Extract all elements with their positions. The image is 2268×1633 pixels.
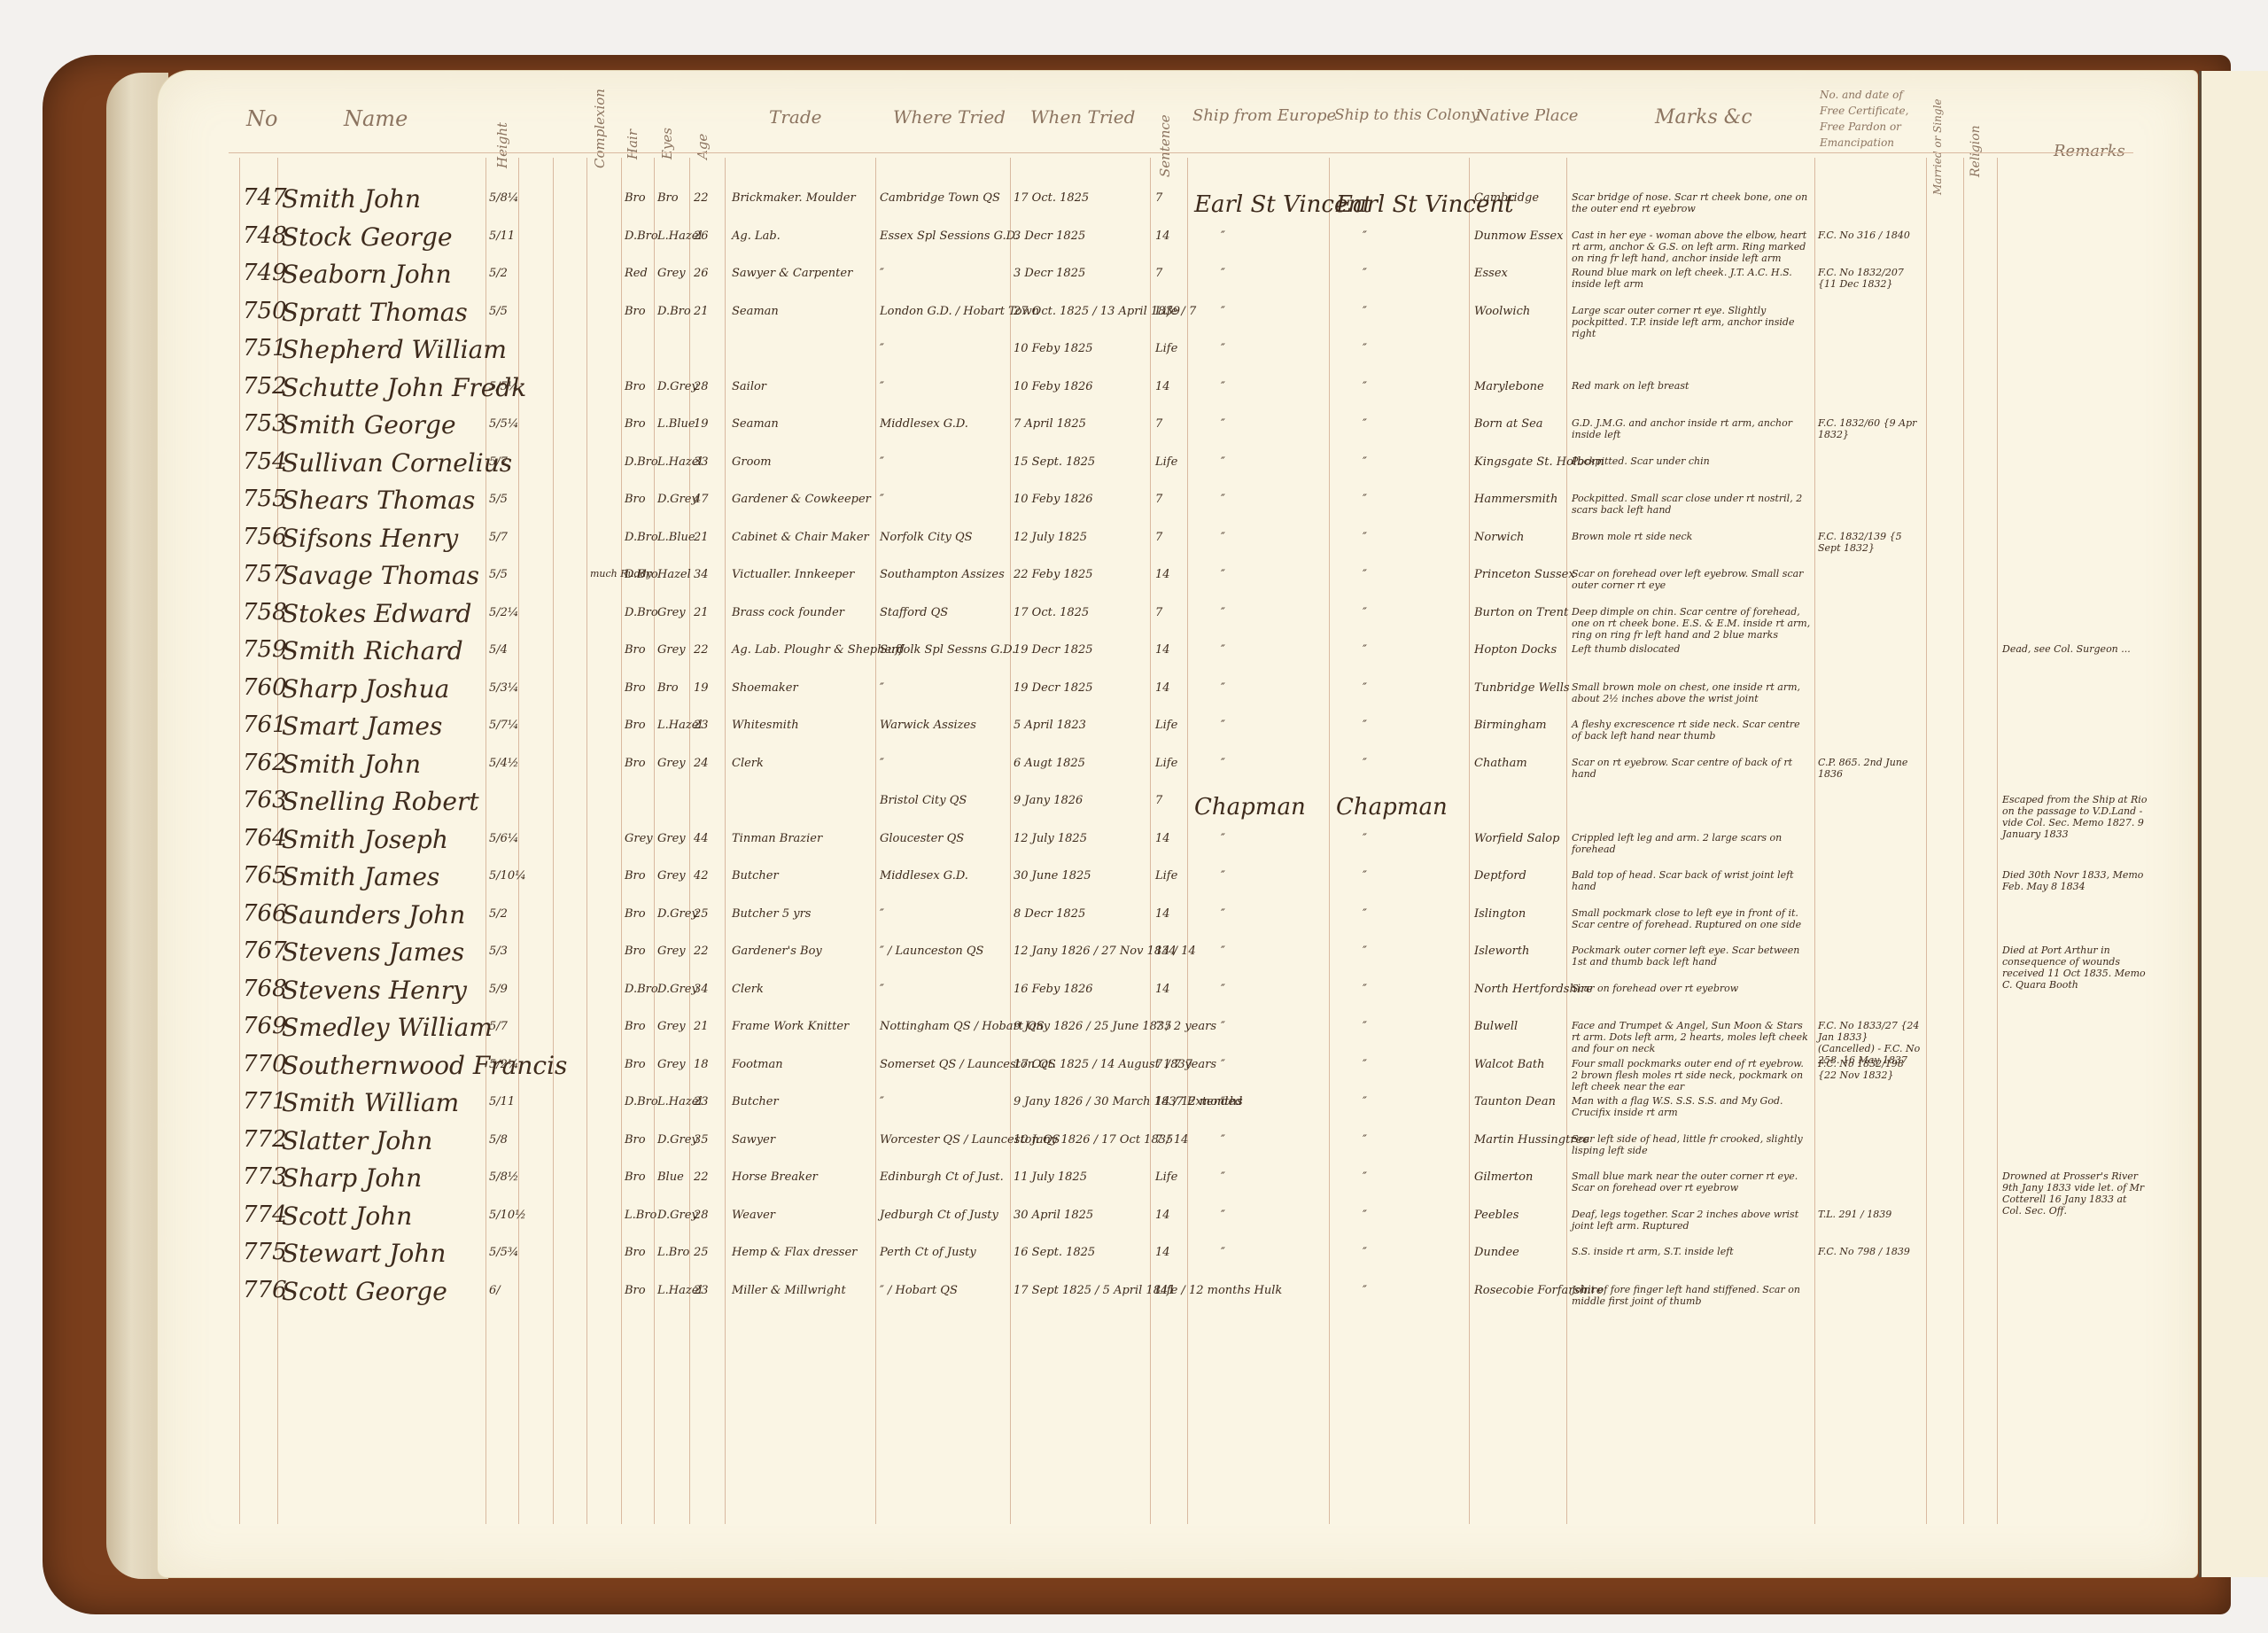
ship-to-colony: ″ (1363, 945, 1367, 958)
sentence: 14 / 12 months (1155, 1095, 1243, 1108)
hair-color: Bro (625, 1246, 646, 1259)
trade: Victualler. Innkeeper (732, 568, 854, 581)
when-tried: 11 July 1825 (1014, 1170, 1087, 1184)
age: 22 (694, 945, 709, 958)
ship-to-colony: ″ (1363, 229, 1367, 243)
when-tried: 22 Feby 1825 (1014, 568, 1093, 581)
hair-color: Bro (625, 681, 646, 695)
entry-number: 766 (243, 900, 287, 927)
distinguishing-marks: Round blue mark on left cheek. J.T. A.C.… (1572, 267, 1811, 290)
table-row: 766Saunders John5/2BroD.Grey25Butcher 5 … (158, 900, 2197, 937)
entry-number: 775 (243, 1239, 287, 1265)
hair-color: Bro (625, 1133, 646, 1147)
eye-color: Grey (657, 643, 686, 657)
convict-name: Smith John (282, 750, 421, 779)
distinguishing-marks: Scar bridge of nose. Scar rt cheek bone,… (1572, 191, 1811, 214)
distinguishing-marks: Pockmark outer corner left eye. Scar bet… (1572, 945, 1811, 968)
where-tried: Southampton Assizes (880, 568, 1005, 581)
ship-from-europe: ″ (1221, 305, 1225, 318)
trade: Shoemaker (732, 681, 798, 695)
trade: Clerk (732, 983, 764, 996)
ship-from-europe: ″ (1221, 719, 1225, 732)
ship-from-europe: ″ (1221, 1133, 1225, 1147)
trade: Weaver (732, 1209, 775, 1222)
entry-number: 757 (243, 561, 287, 587)
native-place: Dunmow Essex (1474, 229, 1563, 243)
sentence: 14 (1155, 681, 1170, 695)
table-row: 758Stokes Edward5/2¼D.BroGrey21Brass coc… (158, 599, 2197, 636)
convict-name: Savage Thomas (282, 561, 479, 590)
trade: Tinman Brazier (732, 832, 822, 845)
eye-color: D.Grey (657, 493, 698, 506)
entry-number: 763 (243, 787, 287, 813)
table-row: 765Smith James5/10¼BroGrey42ButcherMiddl… (158, 862, 2197, 899)
sentence: 7 (1155, 606, 1162, 619)
hair-color: D.Bro (625, 531, 658, 544)
hair-color: Bro (625, 1058, 646, 1071)
when-tried: 10 Feby 1825 (1014, 342, 1093, 355)
trade: Groom (732, 455, 772, 469)
trade: Butcher (732, 869, 779, 883)
header-complexion: Complexion (592, 89, 608, 168)
convict-name: Spratt Thomas (282, 298, 468, 327)
native-place: Princeton Sussex (1474, 568, 1575, 581)
native-place: Peebles (1474, 1209, 1518, 1222)
table-row: 750Spratt Thomas5/5BroD.Bro21SeamanLondo… (158, 298, 2197, 335)
sentence: 7 / 7 years (1155, 1058, 1216, 1071)
entry-number: 764 (243, 825, 287, 851)
remarks: Dead, see Col. Surgeon ... (2002, 643, 2148, 655)
entry-number: 773 (243, 1163, 287, 1190)
age: 26 (694, 229, 709, 243)
free-certificate: F.C. No 1832/198 {22 Nov 1832} (1818, 1058, 1924, 1081)
ship-to-colony: ″ (1363, 1058, 1367, 1071)
table-row: 759Smith Richard5/4BroGrey22Ag. Lab. Plo… (158, 636, 2197, 673)
age: 22 (694, 191, 709, 205)
table-row: 770Southernwood Francis5/2¼BroGrey18Foot… (158, 1051, 2197, 1088)
entry-number: 776 (243, 1277, 287, 1303)
table-row: 751Shepherd William″10 Feby 1825Life″″ (158, 335, 2197, 372)
distinguishing-marks: Scar on forehead over rt eyebrow (1572, 983, 1811, 994)
table-row: 771Smith William5/11D.BroL.Hazel23Butche… (158, 1088, 2197, 1125)
when-tried: 9 Jany 1826 (1014, 794, 1083, 807)
where-tried: ″ (880, 983, 884, 996)
height: 5/2 (489, 267, 508, 280)
table-row: 773Sharp John5/8½BroBlue22Horse BreakerE… (158, 1163, 2197, 1201)
header-sentence: Sentence (1157, 114, 1173, 177)
eye-color: Bro (657, 681, 679, 695)
distinguishing-marks: Man with a flag W.S. S.S. S.S. and My Go… (1572, 1095, 1811, 1118)
distinguishing-marks: Deaf, legs together. Scar 2 inches above… (1572, 1209, 1811, 1232)
trade: Ag. Lab. (732, 229, 781, 243)
header-ship-from-europe: Ship from Europe (1192, 106, 1336, 125)
header-age: Age (695, 134, 711, 159)
when-tried: 10 Jany 1826 / 17 Oct 1835 (1014, 1133, 1173, 1147)
convict-name: Sharp Joshua (282, 674, 449, 704)
hair-color: Grey (625, 832, 653, 845)
where-tried: ″ (880, 493, 884, 506)
when-tried: 10 Feby 1826 (1014, 493, 1093, 506)
convict-name: Smedley William (282, 1013, 493, 1042)
height: 5/3 (489, 945, 508, 958)
age: 35 (694, 1133, 709, 1147)
entry-number: 749 (243, 260, 287, 286)
hair-color: Red (625, 267, 648, 280)
trade: Horse Breaker (732, 1170, 818, 1184)
eye-color: L.Blue (657, 417, 695, 431)
sentence: 7 (1155, 417, 1162, 431)
trade: Seaman (732, 417, 779, 431)
eye-color: Grey (657, 1020, 686, 1033)
header-height: Height (494, 122, 510, 168)
sentence: 14 (1155, 568, 1170, 581)
table-row: 764Smith Joseph5/6¼GreyGrey44Tinman Braz… (158, 825, 2197, 862)
sentence: Life (1155, 455, 1177, 469)
entry-number: 761 (243, 712, 287, 738)
height: 5/5¼ (489, 380, 519, 393)
free-certificate: T.L. 291 / 1839 (1818, 1209, 1924, 1220)
trade: Sailor (732, 380, 766, 393)
when-tried: 10 Feby 1826 (1014, 380, 1093, 393)
entry-number: 758 (243, 599, 287, 626)
hair-color: D.Bro (625, 455, 658, 469)
trade: Seaman (732, 305, 779, 318)
convict-name: Southernwood Francis (282, 1051, 567, 1080)
header-marks: Marks &c (1655, 106, 1752, 128)
table-row: 774Scott John5/10½L.BroD.Grey28WeaverJed… (158, 1201, 2197, 1239)
ship-to-colony: ″ (1363, 342, 1367, 355)
height: 5/10½ (489, 1209, 526, 1222)
ship-to-colony: ″ (1363, 869, 1367, 883)
table-row: 748Stock George5/11D.BroL.Hazel26Ag. Lab… (158, 222, 2197, 260)
sentence: 14 (1155, 907, 1170, 921)
ship-from-europe: ″ (1221, 1020, 1225, 1033)
distinguishing-marks: Scar on rt eyebrow. Scar centre of back … (1572, 757, 1811, 780)
height: 5/10¼ (489, 869, 526, 883)
ship-to-colony: ″ (1363, 267, 1367, 280)
header-no: No (246, 106, 277, 131)
table-row: 772Slatter John5/8BroD.Grey35SawyerWorce… (158, 1126, 2197, 1163)
distinguishing-marks: A fleshy excrescence rt side neck. Scar … (1572, 719, 1811, 742)
table-row: 767Stevens James5/3BroGrey22Gardener's B… (158, 937, 2197, 975)
height: 5/7¼ (489, 719, 519, 732)
sentence: Life / 7 (1155, 305, 1196, 318)
hair-color: L.Bro (625, 1209, 656, 1222)
sentence: 14 (1155, 983, 1170, 996)
sentence: 14 (1155, 643, 1170, 657)
convict-name: Saunders John (282, 900, 465, 929)
hair-color: D.Bro (625, 568, 658, 581)
where-tried: Middlesex G.D. (880, 417, 968, 431)
ship-from-europe: ″ (1221, 1246, 1225, 1259)
distinguishing-marks: Large scar outer corner rt eye. Slightly… (1572, 305, 1811, 339)
hair-color: Bro (625, 719, 646, 732)
trade: Gardener & Cowkeeper (732, 493, 871, 506)
sentence: 7 (1155, 493, 1162, 506)
ship-to-colony: ″ (1363, 1133, 1367, 1147)
convict-name: Snelling Robert (282, 787, 479, 816)
eye-color: D.Grey (657, 1209, 698, 1222)
height: 5/8½ (489, 1170, 519, 1184)
facing-page-edge (2199, 71, 2268, 1577)
native-place: Tunbridge Wells (1474, 681, 1570, 695)
ship-from-europe: ″ (1221, 1209, 1225, 1222)
distinguishing-marks: Joint of fore finger left hand stiffened… (1572, 1284, 1811, 1307)
when-tried: 19 Decr 1825 (1014, 643, 1093, 657)
ship-to-colony: ″ (1363, 757, 1367, 770)
ship-to-colony: ″ (1363, 832, 1367, 845)
trade: Brickmaker. Moulder (732, 191, 856, 205)
ship-from-europe: ″ (1221, 1095, 1225, 1108)
ship-from-europe: ″ (1221, 832, 1225, 845)
sentence: 7 (1155, 794, 1162, 807)
ship-from-europe: ″ (1221, 1170, 1225, 1184)
hair-color: D.Bro (625, 1095, 658, 1108)
sentence: 7 (1155, 267, 1162, 280)
distinguishing-marks: Four small pockmarks outer end of rt eye… (1572, 1058, 1811, 1093)
distinguishing-marks: Small brown mole on chest, one inside rt… (1572, 681, 1811, 704)
sentence: 7 (1155, 531, 1162, 544)
table-row: 747Smith John5/8¼BroBro22Brickmaker. Mou… (158, 184, 2197, 222)
distinguishing-marks: Pockpitted. Scar under chin (1572, 455, 1811, 467)
where-tried: ″ / Launceston QS (880, 945, 983, 958)
native-place: Worfield Salop (1474, 832, 1559, 845)
age: 19 (694, 417, 709, 431)
native-place: Marylebone (1474, 380, 1544, 393)
height: 5/5¾ (489, 1246, 519, 1259)
when-tried: 12 July 1825 (1014, 832, 1087, 845)
height: 5/3¼ (489, 681, 519, 695)
height: 5/11 (489, 229, 515, 243)
ship-to-colony: ″ (1363, 1284, 1367, 1297)
when-tried: 12 July 1825 (1014, 531, 1087, 544)
height: 5/2¼ (489, 606, 519, 619)
ship-to-colony: ″ (1363, 1209, 1367, 1222)
sentence: Life (1155, 869, 1177, 883)
eye-color: D.Grey (657, 1133, 698, 1147)
age: 33 (694, 455, 709, 469)
header-religion: Religion (1969, 125, 1983, 177)
entry-number: 755 (243, 486, 287, 512)
entry-number: 771 (243, 1088, 287, 1115)
ship-from-europe: ″ (1221, 267, 1225, 280)
age: 23 (694, 1095, 709, 1108)
where-tried: ″ (880, 342, 884, 355)
free-certificate: F.C. No 1832/207 {11 Dec 1832} (1818, 267, 1924, 290)
ship-from-europe: ″ (1221, 757, 1225, 770)
age: 34 (694, 568, 709, 581)
height: 5/5 (489, 568, 508, 581)
where-tried: Warwick Assizes (880, 719, 976, 732)
distinguishing-marks: Face and Trumpet & Angel, Sun Moon & Sta… (1572, 1020, 1811, 1054)
convict-name: Smith William (282, 1088, 459, 1117)
height: 5/11 (489, 1095, 515, 1108)
eye-color: Blue (657, 1170, 684, 1184)
distinguishing-marks: Red mark on left breast (1572, 380, 1811, 392)
age: 23 (694, 719, 709, 732)
table-row: 753Smith George5/5¼BroL.Blue19SeamanMidd… (158, 410, 2197, 447)
height: 5/7 (489, 531, 508, 544)
ship-to-colony: ″ (1363, 1170, 1367, 1184)
ship-to-colony: ″ (1363, 531, 1367, 544)
table-row: 755Shears Thomas5/5BroD.Grey47Gardener &… (158, 486, 2197, 523)
native-place: Deptford (1474, 869, 1526, 883)
native-place: Taunton Dean (1474, 1095, 1556, 1108)
trade: Frame Work Knitter (732, 1020, 849, 1033)
trade: Ag. Lab. Ploughr & Shepherd (732, 643, 905, 657)
ship-to-colony: ″ (1363, 305, 1367, 318)
free-certificate: F.C. 1832/139 {5 Sept 1832} (1818, 531, 1924, 554)
eye-color: Grey (657, 267, 686, 280)
native-place: Walcot Bath (1474, 1058, 1545, 1071)
convict-name: Shears Thomas (282, 486, 475, 515)
entry-number: 774 (243, 1201, 287, 1228)
age: 19 (694, 681, 709, 695)
ship-from-europe: Chapman (1194, 794, 1306, 820)
sentence: 14 (1155, 1246, 1170, 1259)
distinguishing-marks: S.S. inside rt arm, S.T. inside left (1572, 1246, 1811, 1257)
table-row: 754Sullivan Cornelius5/7D.BroL.Hazel33Gr… (158, 448, 2197, 486)
entry-number: 753 (243, 410, 287, 437)
when-tried: 30 June 1825 (1014, 869, 1091, 883)
native-place: Isleworth (1474, 945, 1529, 958)
ship-from-europe: ″ (1221, 229, 1225, 243)
native-place: Hopton Docks (1474, 643, 1557, 657)
age: 25 (694, 907, 709, 921)
distinguishing-marks: Bald top of head. Scar back of wrist joi… (1572, 869, 1811, 892)
convict-name: Seaborn John (282, 260, 452, 289)
distinguishing-marks: Small blue mark near the outer corner rt… (1572, 1170, 1811, 1194)
entry-number: 772 (243, 1126, 287, 1153)
hair-color: Bro (625, 643, 646, 657)
eye-color: L.Bro (657, 1246, 689, 1259)
where-tried: Perth Ct of Justy (880, 1246, 976, 1259)
distinguishing-marks: Pockpitted. Small scar close under rt no… (1572, 493, 1811, 516)
age: 25 (694, 1246, 709, 1259)
convict-name: Stewart John (282, 1239, 446, 1268)
ship-from-europe: ″ (1221, 568, 1225, 581)
ship-to-colony: ″ (1363, 1095, 1367, 1108)
where-tried: Stafford QS (880, 606, 948, 619)
entry-number: 769 (243, 1013, 287, 1039)
convict-name: Stock George (282, 222, 453, 252)
hair-color: Bro (625, 757, 646, 770)
convict-name: Smith Joseph (282, 825, 448, 854)
eye-color: D.Grey (657, 907, 698, 921)
eye-color: Grey (657, 1058, 686, 1071)
age: 21 (694, 1020, 709, 1033)
convict-name: Smith Richard (282, 636, 463, 665)
when-tried: 5 April 1823 (1014, 719, 1086, 732)
ship-to-colony: ″ (1363, 1246, 1367, 1259)
convict-name: Smith John (282, 184, 421, 214)
convict-name: Scott George (282, 1277, 447, 1306)
height: 5/5 (489, 493, 508, 506)
ship-to-colony: ″ (1363, 568, 1367, 581)
where-tried: Cambridge Town QS (880, 191, 1000, 205)
eye-color: D.Bro (657, 305, 691, 318)
convict-name: Shepherd William (282, 335, 507, 364)
when-tried: 16 Feby 1826 (1014, 983, 1093, 996)
table-row: 768Stevens Henry5/9D.BroD.Grey34Clerk″16… (158, 976, 2197, 1013)
convict-name: Stevens Henry (282, 976, 467, 1005)
native-place: Norwich (1474, 531, 1524, 544)
ship-to-colony: ″ (1363, 606, 1367, 619)
eye-color: Grey (657, 832, 686, 845)
convict-name: Sullivan Cornelius (282, 448, 512, 478)
entry-number: 765 (243, 862, 287, 889)
hair-color: Bro (625, 869, 646, 883)
hair-color: Bro (625, 493, 646, 506)
ship-from-europe: ″ (1221, 455, 1225, 469)
entry-number: 754 (243, 448, 287, 475)
when-tried: 7 April 1825 (1014, 417, 1086, 431)
convict-name: Sifsons Henry (282, 524, 458, 553)
trade: Sawyer & Carpenter (732, 267, 852, 280)
when-tried: 8 Decr 1825 (1014, 907, 1085, 921)
distinguishing-marks: Left thumb dislocated (1572, 643, 1811, 655)
ship-from-europe: ″ (1221, 342, 1225, 355)
entry-number: 760 (243, 674, 287, 701)
hair-color: Bro (625, 380, 646, 393)
where-tried: ″ / Hobart QS (880, 1284, 958, 1297)
trade: Footman (732, 1058, 783, 1071)
free-certificate: F.C. 1832/60 {9 Apr 1832} (1818, 417, 1924, 440)
when-tried: 30 April 1825 (1014, 1209, 1093, 1222)
entry-number: 750 (243, 298, 287, 324)
where-tried: Middlesex G.D. (880, 869, 968, 883)
height: 5/9 (489, 983, 508, 996)
table-row: 756Sifsons Henry5/7D.BroL.Blue21Cabinet … (158, 524, 2197, 561)
entry-number: 747 (243, 184, 287, 211)
native-place: Hammersmith (1474, 493, 1557, 506)
native-place: Islington (1474, 907, 1526, 921)
table-row: 769Smedley William5/7BroGrey21Frame Work… (158, 1013, 2197, 1050)
height: 5/6¼ (489, 832, 519, 845)
age: 22 (694, 1170, 709, 1184)
trade: Butcher 5 yrs (732, 907, 811, 921)
entry-number: 752 (243, 373, 287, 400)
when-tried: 17 Sept 1825 / 5 April 1841 (1014, 1284, 1176, 1297)
header-married-single: Married or Single (1931, 98, 1944, 195)
convict-name: Sharp John (282, 1163, 422, 1193)
ship-to-colony: ″ (1363, 417, 1367, 431)
native-place: Chatham (1474, 757, 1527, 770)
when-tried: 15 Sept. 1825 (1014, 455, 1095, 469)
distinguishing-marks: Crippled left leg and arm. 2 large scars… (1572, 832, 1811, 855)
ship-to-colony: ″ (1363, 719, 1367, 732)
header-ship-to-colony: Ship to this Colony (1334, 106, 1480, 124)
header-when-tried: When Tried (1030, 106, 1135, 128)
native-place: Birmingham (1474, 719, 1547, 732)
where-tried: Jedburgh Ct of Justy (880, 1209, 998, 1222)
trade: Miller & Millwright (732, 1284, 846, 1297)
when-tried: 3 Decr 1825 (1014, 267, 1085, 280)
native-place: Burton on Trent (1474, 606, 1568, 619)
where-tried: ″ (880, 380, 884, 393)
eye-color: Bro (657, 191, 679, 205)
ship-from-europe: ″ (1221, 606, 1225, 619)
native-place: Essex (1474, 267, 1508, 280)
hair-color: Bro (625, 945, 646, 958)
ship-to-colony: ″ (1363, 1020, 1367, 1033)
age: 34 (694, 983, 709, 996)
where-tried: ″ (880, 907, 884, 921)
sentence: 7 / 2 years (1155, 1020, 1216, 1033)
when-tried: 12 Jany 1826 / 27 Nov 1834 (1014, 945, 1177, 958)
age: 18 (694, 1058, 709, 1071)
convict-name: Smart James (282, 712, 442, 741)
